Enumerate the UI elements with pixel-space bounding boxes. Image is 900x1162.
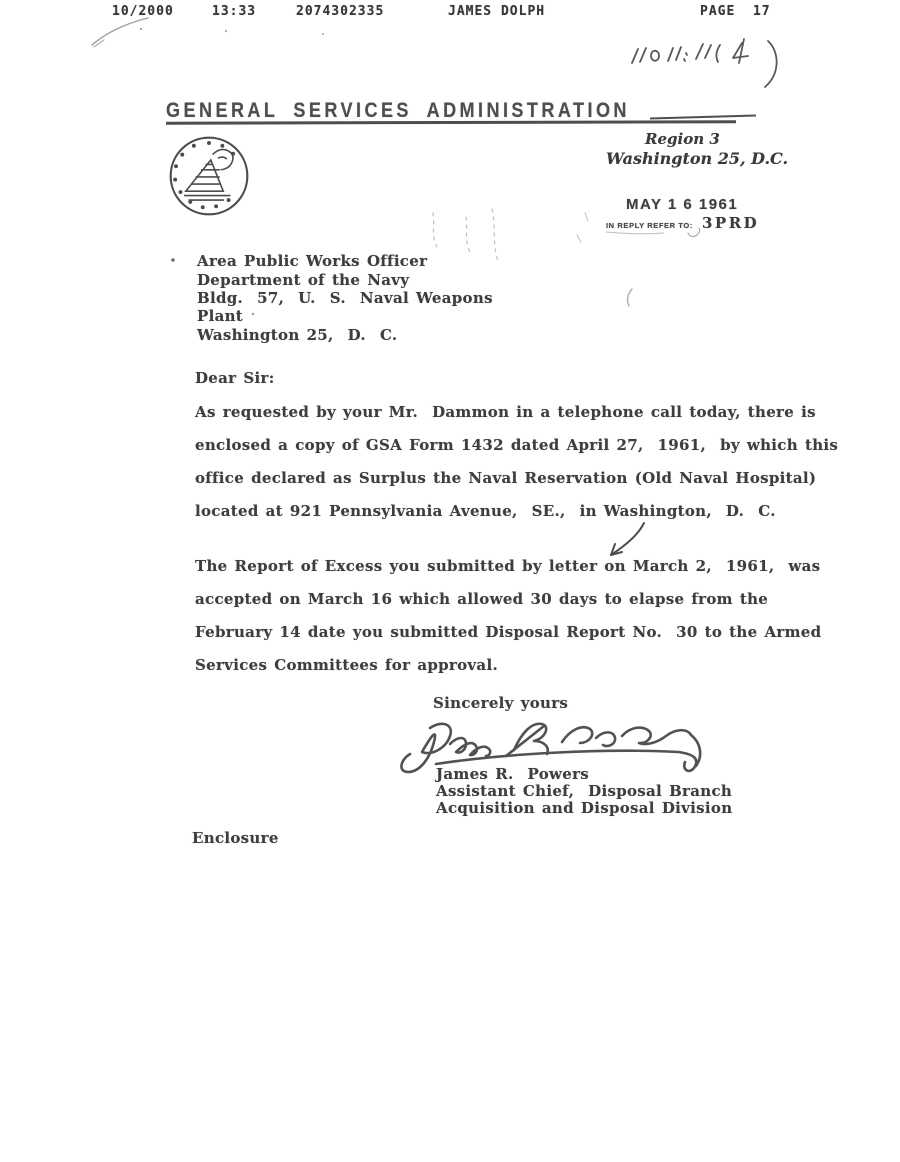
scanned-letter-page: 10/2000 13:33 2074302335 JAMES DOLPH PAG… (0, 0, 900, 1162)
body-line: office declared as Surplus the Naval Res… (195, 469, 816, 487)
letterhead-rule (166, 120, 736, 124)
gsa-seal-icon (168, 135, 250, 217)
letterhead-rule-segment (650, 115, 756, 120)
signer-title: Assistant Chief, Disposal Branch (436, 782, 732, 800)
recipient-line: Bldg. 57, U. S. Naval Weapons (197, 289, 493, 307)
city-line: Washington 25, D.C. (606, 149, 788, 168)
refer-to-code: 3PRD (702, 214, 759, 232)
enclosure-note: Enclosure (192, 829, 279, 847)
signer-title: Acquisition and Disposal Division (436, 799, 732, 817)
body-line: The Report of Excess you submitted by le… (195, 557, 820, 575)
recipient-line: Area Public Works Officer (197, 252, 427, 270)
fax-date: 10/2000 (112, 4, 174, 19)
salutation: Dear Sir: (195, 369, 275, 387)
date-stamp: MAY 1 6 1961 (626, 196, 738, 213)
recipient-line: Department of the Navy (197, 271, 409, 289)
fax-page-number: PAGE 17 (700, 4, 771, 19)
body-line: located at 921 Pennsylvania Avenue, SE.,… (195, 502, 776, 520)
fax-time: 13:33 (212, 4, 256, 19)
refer-to-label: IN REPLY REFER TO: (606, 221, 693, 230)
fax-number: 2074302335 (296, 4, 384, 19)
agency-title: GENERAL SERVICES ADMINISTRATION (166, 99, 630, 123)
body-line: February 14 date you submitted Disposal … (195, 623, 821, 641)
fax-sender: JAMES DOLPH (448, 4, 545, 19)
recipient-line: Plant (197, 307, 243, 325)
region-line: Region 3 (645, 130, 720, 148)
body-line: Services Committees for approval. (195, 656, 498, 674)
body-line: enclosed a copy of GSA Form 1432 dated A… (195, 436, 838, 454)
scan-noise-marks (0, 0, 900, 1162)
handwritten-docket-number (622, 33, 797, 93)
signer-name: James R. Powers (436, 765, 589, 783)
body-line: accepted on March 16 which allowed 30 da… (195, 590, 768, 608)
recipient-line: Washington 25, D. C. (197, 326, 397, 344)
body-line: As requested by your Mr. Dammon in a tel… (195, 403, 816, 421)
